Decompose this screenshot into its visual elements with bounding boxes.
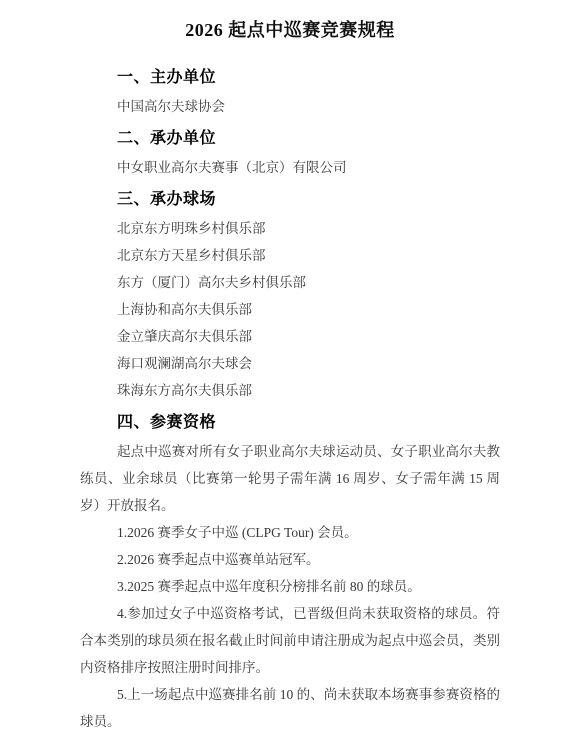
section-heading-host-organization: 一、主办单位 bbox=[80, 64, 500, 91]
eligibility-item-5: 5.上一场起点中巡赛排名前 10 的、尚未获取本场赛事参赛资格的球员。 bbox=[80, 681, 500, 732]
section-heading-host-courses: 三、承办球场 bbox=[80, 186, 500, 213]
organizing-company-name: 中女职业高尔夫赛事（北京）有限公司 bbox=[80, 154, 500, 181]
section-heading-organizing-unit: 二、承办单位 bbox=[80, 125, 500, 152]
course-list-item-7: 珠海东方高尔夫俱乐部 bbox=[80, 377, 500, 404]
section-heading-entry-eligibility: 四、参赛资格 bbox=[80, 409, 500, 436]
course-list-item-5: 金立肇庆高尔夫俱乐部 bbox=[80, 323, 500, 350]
eligibility-intro-paragraph: 起点中巡赛对所有女子职业高尔夫球运动员、女子职业高尔夫教练员、业余球员（比赛第一… bbox=[80, 438, 500, 519]
eligibility-item-3: 3.2025 赛季起点中巡年度积分榜排名前 80 的球员。 bbox=[80, 573, 500, 600]
course-list-item-4: 上海协和高尔夫俱乐部 bbox=[80, 296, 500, 323]
course-list-item-2: 北京东方天星乡村俱乐部 bbox=[80, 242, 500, 269]
document-page: 2026 起点中巡赛竞赛规程 一、主办单位 中国高尔夫球协会 二、承办单位 中女… bbox=[0, 0, 580, 732]
eligibility-item-4: 4.参加过女子中巡资格考试，已晋级但尚未获取资格的球员。符合本类别的球员须在报名… bbox=[80, 600, 500, 681]
course-list-item-1: 北京东方明珠乡村俱乐部 bbox=[80, 215, 500, 242]
course-list-item-3: 东方（厦门）高尔夫乡村俱乐部 bbox=[80, 269, 500, 296]
host-organization-name: 中国高尔夫球协会 bbox=[80, 93, 500, 120]
eligibility-item-2: 2.2026 赛季起点中巡赛单站冠军。 bbox=[80, 546, 500, 573]
course-list-item-6: 海口观澜湖高尔夫球会 bbox=[80, 350, 500, 377]
document-title-text: 2026 起点中巡赛竞赛规程 bbox=[185, 20, 395, 40]
document-body: 一、主办单位 中国高尔夫球协会 二、承办单位 中女职业高尔夫赛事（北京）有限公司… bbox=[80, 64, 500, 732]
eligibility-item-1: 1.2026 赛季女子中巡 (CLPG Tour) 会员。 bbox=[80, 519, 500, 546]
document-title: 2026 起点中巡赛竞赛规程 bbox=[40, 16, 540, 44]
